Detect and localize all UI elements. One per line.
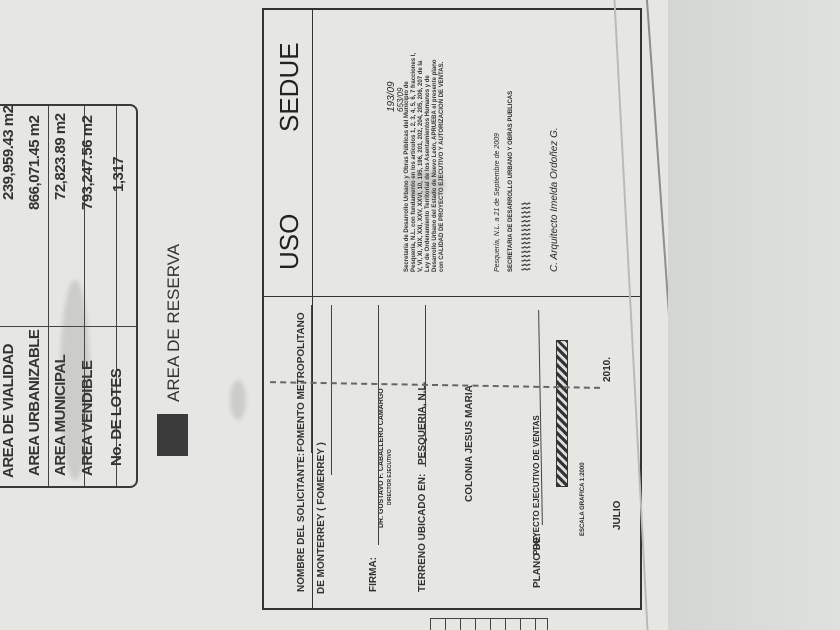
reserve-area-swatch xyxy=(157,414,188,456)
row-label-urbanizable: AREA URBANIZABLE xyxy=(26,330,43,476)
location-value: PESQUERIA, N.L. xyxy=(417,382,428,465)
row-value-lotes: 1,317 xyxy=(110,157,127,192)
approval-signer: C. Arquitecto Imelda Ordoñez G. xyxy=(549,127,560,272)
row-value-municipal: 72,823.89 m2 xyxy=(52,113,69,200)
document-photo: AREA DE VIALIDAD 239,959.43 m2 AREA URBA… xyxy=(0,0,668,630)
approval-office: SECRETARIA DE DESARROLLO URBANO Y OBRAS … xyxy=(508,91,514,272)
approval-stamp-text: Secretaría de Desarrollo Urbano y Obras … xyxy=(404,52,446,272)
reserve-area-label: AREA DE RESERVA xyxy=(164,244,184,402)
signature-title: DIRECTOR EJECUTIVO xyxy=(387,449,393,505)
scale-label: ESCALA GRAFICA 1:2000 xyxy=(580,462,586,536)
location-label: TERRENO UBICADO EN: xyxy=(417,474,428,592)
row-label-vialidad: AREA DE VIALIDAD xyxy=(0,344,17,478)
row-value-vendible: 793,247.56 m2 xyxy=(79,116,96,210)
background-surface xyxy=(668,0,840,630)
graphic-scale-bar xyxy=(556,340,568,487)
colony-name: COLONIA JESUS MARIA xyxy=(464,385,475,502)
row-value-vialidad: 239,959.43 m2 xyxy=(0,106,17,200)
row-value-urbanizable: 866,071.45 m2 xyxy=(26,116,43,210)
applicant-label: NOMBRE DEL SOLICITANTE: xyxy=(296,453,307,592)
month-label: JULIO xyxy=(612,501,623,530)
bottom-table-fragment xyxy=(430,618,548,630)
signature-name: DR. GUSTAVO F. CABALLERO CAMARGO xyxy=(378,388,385,528)
row-label-lotes: No. DE LOTES xyxy=(108,369,125,466)
sedue-header: SEDUE xyxy=(274,42,305,132)
signature-label: FIRMA: xyxy=(368,557,379,592)
applicant-value-2: DE MONTERREY ( FOMERREY ) xyxy=(316,442,327,594)
uso-header: USO xyxy=(274,214,305,270)
approval-date: Pesquería, N.L. a 21 de Septiembre de 20… xyxy=(494,133,501,272)
year-label: 2010. xyxy=(602,357,613,382)
approval-signature: ⌇⌇⌇⌇⌇⌇⌇⌇⌇⌇⌇⌇⌇⌇⌇⌇ xyxy=(520,202,533,272)
